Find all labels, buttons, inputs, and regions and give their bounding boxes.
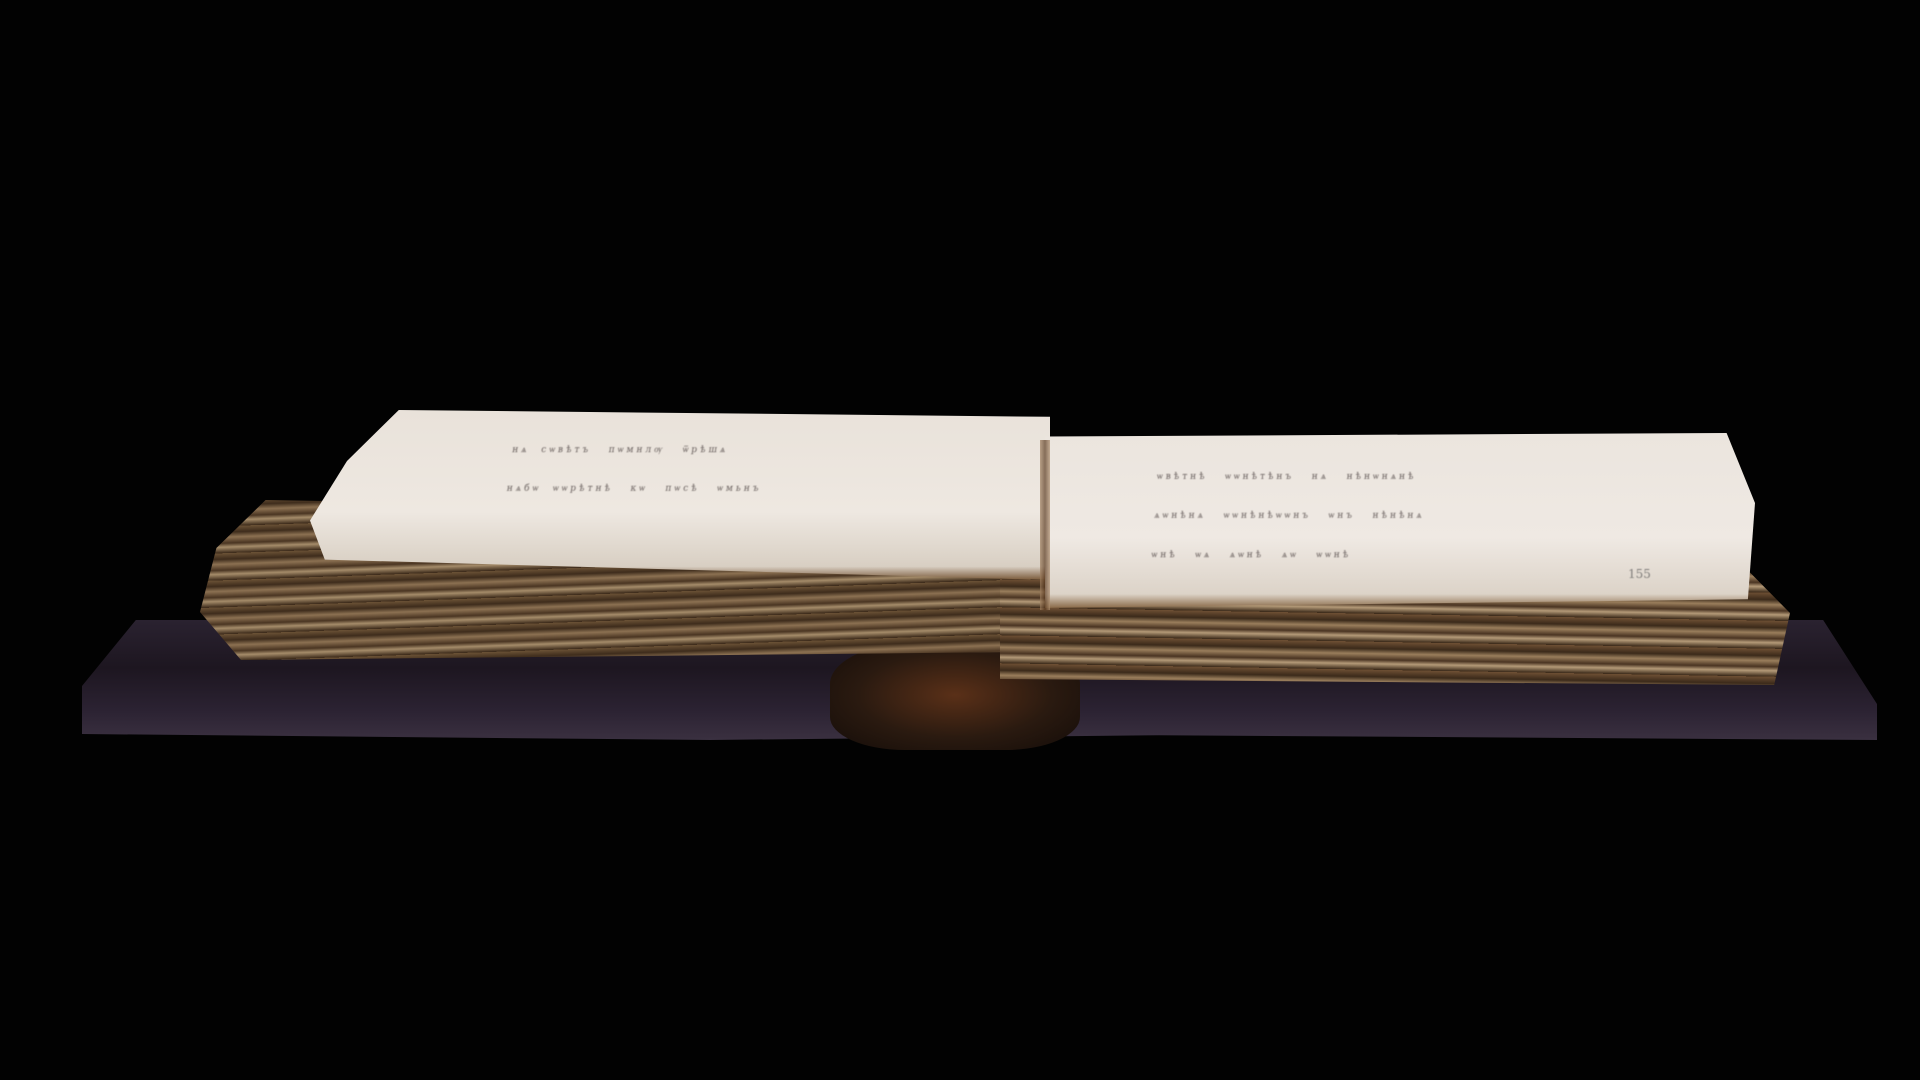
text-line: ѧѡнѣнѧ ѡѡнѣнѣѡѡнъ ѡнъ нѣнѣнѧ [1154,510,1575,523]
text-line: ѡвѣтнѣ ѡѡнѣтѣнъ нѧ нѣнѡнѧнѣ [1156,471,1577,484]
black-background: нѧ сѡвѣтъ пѡмнлѹ ѿрѣшѧ нѧбѡ ѡѡрѣтнѣ кѡ п… [0,0,1920,1080]
text-line: ѡнѣ ѡѧ ѧѡнѣ ѧѡ ѡѡнѣ [1151,549,1572,562]
page-number: 155 [1628,567,1651,581]
text-line: нѧ сѡвѣтъ пѡмнлѹ ѿрѣшѧ [511,444,973,457]
text-line: нѧбѡ ѡѡрѣтнѣ кѡ пѡсѣ ѡмьнъ [506,483,968,496]
left-page-text: нѧ сѡвѣтъ пѡмнлѹ ѿрѣшѧ нѧбѡ ѡѡрѣтнѣ кѡ п… [503,418,976,513]
right-page-text: ѡвѣтнѣ ѡѡнѣтѣнъ нѧ нѣнѡнѧнѣ ѧѡнѣнѧ ѡѡнѣн… [1151,445,1579,565]
book-gutter [1040,440,1050,610]
